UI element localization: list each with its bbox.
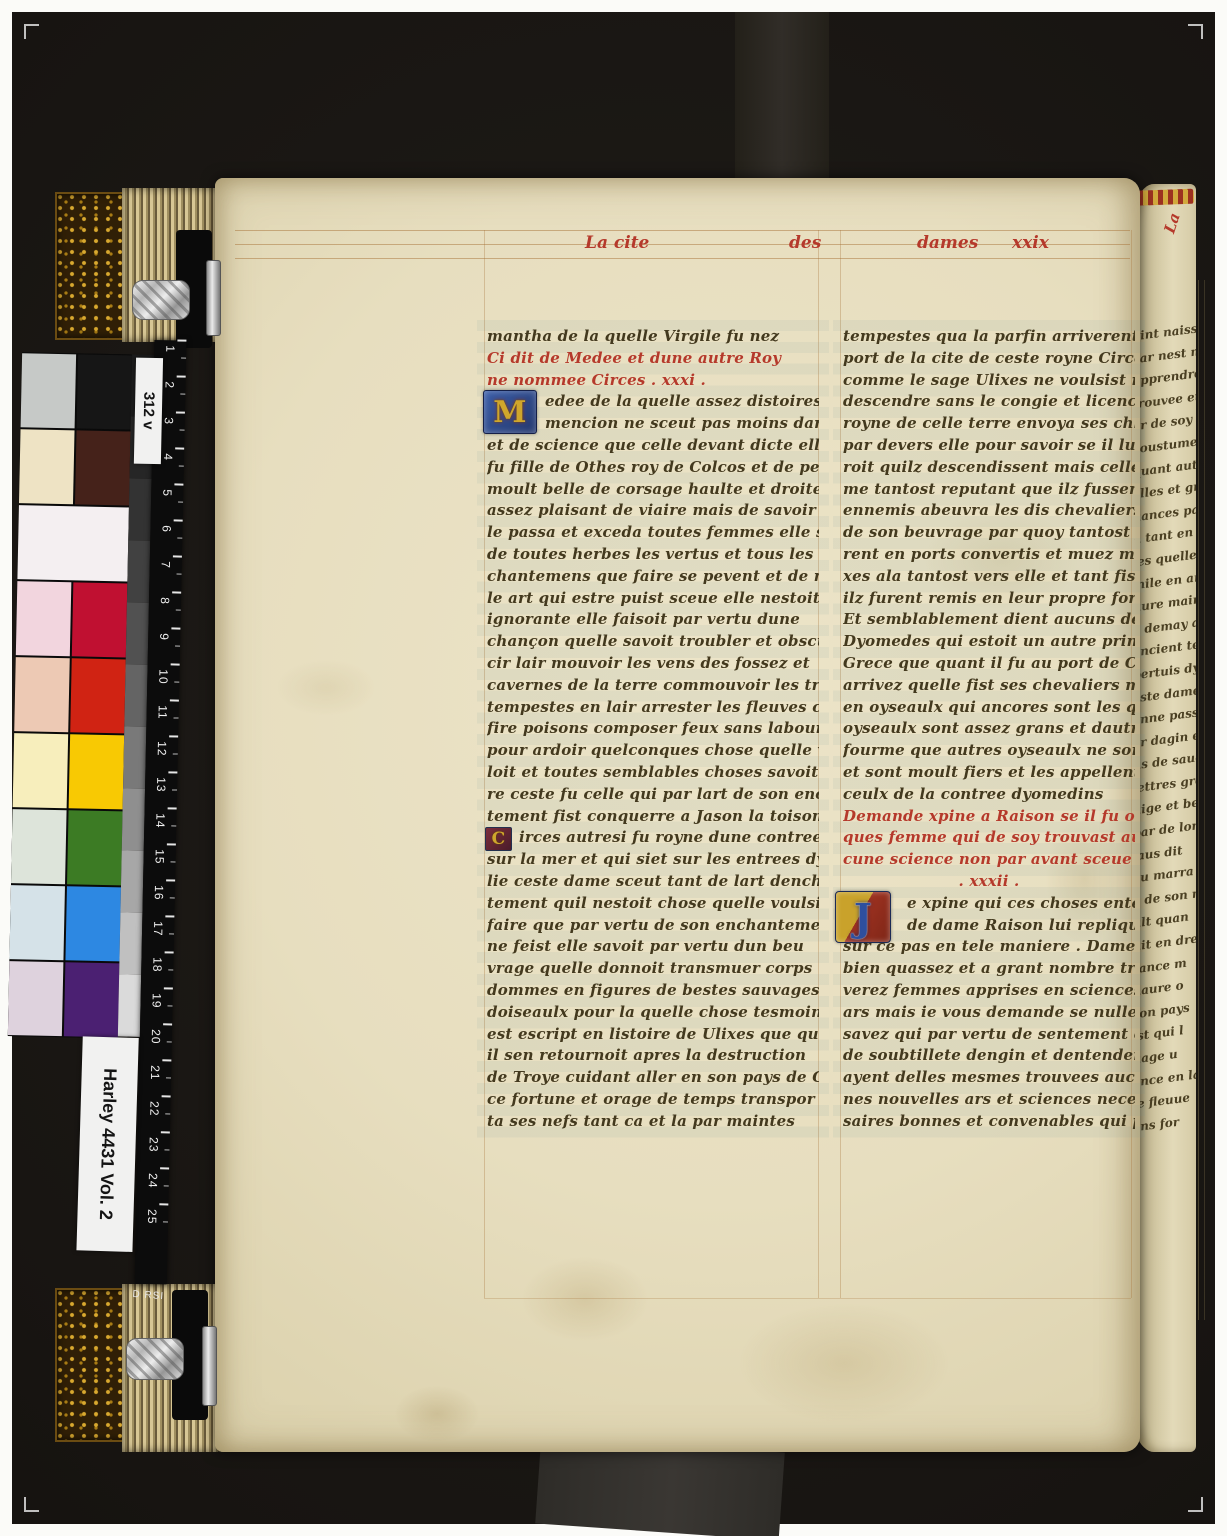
ruler-tick xyxy=(161,1131,170,1133)
ruling-line xyxy=(235,244,1130,245)
text-column-left: mantha de la quelle Virgile fu nez Ci di… xyxy=(487,326,819,1132)
ruler-cell: 12 xyxy=(145,736,178,773)
color-chart-row xyxy=(14,656,126,734)
registration-mark xyxy=(24,1497,39,1512)
ruler-number: 15 xyxy=(152,849,166,865)
ruler-cell: 13 xyxy=(145,772,178,809)
color-patch xyxy=(14,657,70,732)
recto-running-header: La xyxy=(1160,211,1183,236)
ruler-cell: 25 xyxy=(136,1204,169,1241)
ruler-tick xyxy=(164,987,173,989)
text-line: oyseaulx sont assez grans et dautre xyxy=(843,718,1135,740)
ruler-minor-tick xyxy=(171,861,176,862)
ruler-tick xyxy=(169,735,178,737)
ruler-number: 23 xyxy=(146,1137,160,1153)
ruler-cell: 8 xyxy=(148,592,181,629)
color-chart-row xyxy=(19,428,131,506)
ruler-number: 4 xyxy=(161,453,175,461)
text-line: de toutes herbes les vertus et tous les … xyxy=(487,544,819,566)
text-line: ilz furent remis en leur propre forme xyxy=(843,588,1135,610)
color-chart-row xyxy=(17,504,129,582)
fabric-strap-top xyxy=(735,12,829,184)
color-chart-row xyxy=(9,884,121,962)
text-line: chançon quelle savoit troubler et obscur xyxy=(487,631,819,653)
text-line: fire poisons composer feux sans labour xyxy=(487,718,819,740)
color-patch xyxy=(19,429,75,504)
color-patch xyxy=(77,354,133,429)
initial-letter: J xyxy=(854,895,872,940)
text-line: vrage quelle donnoit transmuer corps xyxy=(487,958,819,980)
registration-mark xyxy=(1188,24,1203,39)
gray-step xyxy=(128,478,151,540)
text-line: royne de celle terre envoya ses chlrs xyxy=(843,413,1135,435)
ruler-number: 8 xyxy=(158,597,172,605)
color-patch xyxy=(72,582,128,657)
ruler-minor-tick xyxy=(180,394,185,395)
ruler-footer-text: D RSI xyxy=(132,1289,164,1302)
running-header-word: des xyxy=(789,233,821,253)
ruler-minor-tick xyxy=(172,789,177,790)
text-line: cune science non par avant sceue xyxy=(843,849,1135,871)
ruler-tick xyxy=(163,1023,172,1025)
text-line: le art qui estre puist sceue elle nestoi… xyxy=(487,588,819,610)
ruler-tick xyxy=(173,555,182,557)
color-patch xyxy=(8,961,64,1036)
ruler-tick xyxy=(166,879,175,881)
gray-step xyxy=(119,912,142,974)
text-line: fu fille de Othes roy de Colcos et de pe… xyxy=(487,457,819,479)
text-line: mantha de la quelle Virgile fu nez xyxy=(487,326,819,348)
ruler-tick xyxy=(175,447,184,449)
text-line: ce fortune et orage de temps transpor xyxy=(487,1089,819,1111)
ruler-minor-tick xyxy=(166,1077,171,1078)
folio-number-text: 312 v xyxy=(140,392,158,430)
ruler-minor-tick xyxy=(174,681,179,682)
text-line: savez qui par vertu de sentement et xyxy=(843,1024,1135,1046)
ruler-number: 2 xyxy=(162,381,176,389)
text-line: il sen retournoit apres la destruction xyxy=(487,1045,819,1067)
text-line: ars mais ie vous demande se nulles en xyxy=(843,1002,1135,1024)
text-line: comme le sage Ulixes ne voulsist mie xyxy=(843,370,1135,392)
text-line: chantemens que faire se pevent et de nul xyxy=(487,566,819,588)
ruler-tick xyxy=(165,915,174,917)
ruler-minor-tick xyxy=(174,717,179,718)
ruler-tick xyxy=(176,411,185,413)
text-line: ennemis abeuvra les dis chevaliers xyxy=(843,500,1135,522)
text-line: . xxxii . xyxy=(843,871,1135,893)
text-line: tempestes en lair arrester les fleuves c… xyxy=(487,697,819,719)
ruler-tick xyxy=(174,483,183,485)
text-line: cir lair mouvoir les vens des fossez et xyxy=(487,653,819,675)
text-line: Dyomedes qui estoit un autre prince de xyxy=(843,631,1135,653)
text-line: verez femmes apprises en sciences et xyxy=(843,980,1135,1002)
ruler-number: 24 xyxy=(146,1173,160,1189)
color-patch xyxy=(17,505,129,581)
ruler-number: 20 xyxy=(149,1029,163,1045)
color-patch xyxy=(11,809,67,884)
color-patch xyxy=(64,962,120,1037)
text-line: saires bonnes et convenables qui par xyxy=(843,1111,1135,1133)
shelfmark-text: Harley 4431 Vol. 2 xyxy=(95,1068,120,1220)
ruler-number: 6 xyxy=(159,525,173,533)
text-line: en oyseaulx qui ancores sont les quielx xyxy=(843,697,1135,719)
ruler-minor-tick xyxy=(175,645,180,646)
text-line: assez plaisant de viaire mais de savoir … xyxy=(487,500,819,522)
ruler-minor-tick xyxy=(164,1185,169,1186)
text-line: nes nouvelles ars et sciences neces xyxy=(843,1089,1135,1111)
ruler-number: 16 xyxy=(152,885,166,901)
color-chart-row xyxy=(8,960,120,1038)
initial-letter: C xyxy=(492,829,506,849)
text-line: pour ardoir quelconques chose quelle vou xyxy=(487,740,819,762)
color-patch xyxy=(75,430,131,505)
text-line: lie ceste dame sceut tant de lart dencha… xyxy=(487,871,819,893)
color-calibration-chart xyxy=(8,352,132,1038)
ruling-line xyxy=(484,1298,1131,1299)
color-patch xyxy=(67,810,123,885)
ruler-cell: 23 xyxy=(137,1132,170,1169)
ruler-minor-tick xyxy=(173,753,178,754)
text-line: doiseaulx pour la quelle chose tesmoing xyxy=(487,1002,819,1024)
text-line: ignorante elle faisoit par vertu dune xyxy=(487,609,819,631)
ruler-number: 3 xyxy=(162,417,176,425)
ruler-tick xyxy=(165,951,174,953)
text-line: bien quassez et a grant nombre trou xyxy=(843,958,1135,980)
ruler-minor-tick xyxy=(167,1041,172,1042)
text-line: Et semblablement dient aucuns de xyxy=(843,609,1135,631)
illuminated-initial-c: C xyxy=(485,827,512,851)
text-line: Demande xpine a Raison se il fu on xyxy=(843,806,1135,828)
text-line: ques femme qui de soy trouvast au xyxy=(843,827,1135,849)
gray-step xyxy=(120,850,143,912)
color-patch xyxy=(21,353,77,428)
ruler-cell: 20 xyxy=(139,1024,172,1061)
text-line: re ceste fu celle qui par lart de son en… xyxy=(487,784,819,806)
text-line: par devers elle pour savoir se il lui pl… xyxy=(843,435,1135,457)
text-line: me tantost reputant que ilz fussent ses xyxy=(843,479,1135,501)
ruler-cell: 9 xyxy=(148,628,181,665)
ruler-tick xyxy=(162,1059,171,1061)
ruler-number: 14 xyxy=(153,813,167,829)
color-chart-row xyxy=(16,580,128,658)
photo-frame: La aint naissent es car nest mie si g ap… xyxy=(0,0,1227,1536)
text-line: dommes en figures de bestes sauvages et xyxy=(487,980,819,1002)
ruler-tick xyxy=(177,375,186,377)
running-header-word: dames xyxy=(917,233,978,253)
ruler-number: 18 xyxy=(150,957,164,973)
text-line: ayent delles mesmes trouvees aucu xyxy=(843,1067,1135,1089)
text-line: et de science que celle devant dicte ell… xyxy=(487,435,819,457)
text-line: est escript en listoire de Ulixes que qu… xyxy=(487,1024,819,1046)
ruler-tick xyxy=(168,771,177,773)
ruler-minor-tick xyxy=(168,969,173,970)
ruler-cell: 16 xyxy=(142,880,175,917)
text-line: ne nommee Circes . xxxi . xyxy=(487,370,819,392)
ruler-number: 17 xyxy=(151,921,165,937)
text-line: moult belle de corsage haulte et droite … xyxy=(487,479,819,501)
gray-step xyxy=(123,726,146,788)
text-line: tement quil nestoit chose quelle voulsis… xyxy=(487,893,819,915)
color-patch xyxy=(9,885,65,960)
text-lines: tempestes qua la parfin arriverent au po… xyxy=(843,326,1135,1132)
text-line: roit quilz descendissent mais celle da xyxy=(843,457,1135,479)
running-header-chapter-number: xxix xyxy=(1012,233,1049,253)
text-line: rent en ports convertis et muez mais Uli xyxy=(843,544,1135,566)
ruler-tick xyxy=(167,843,176,845)
text-line: fourme que autres oyseaulx ne sont xyxy=(843,740,1135,762)
ruler-cell: 10 xyxy=(147,664,180,701)
gray-step xyxy=(126,602,149,664)
ruler-tick xyxy=(172,591,181,593)
ruler-cell: 17 xyxy=(142,916,175,953)
ruler-tick xyxy=(171,663,180,665)
ruler-number: 7 xyxy=(159,561,173,569)
text-line: irces autresi fu royne dune contree xyxy=(487,827,819,849)
ruling-line xyxy=(235,258,1130,259)
gray-step xyxy=(124,664,147,726)
color-patch xyxy=(13,733,69,808)
ruler-number: 11 xyxy=(155,705,169,720)
text-line: ta ses nefs tant ca et la par maintes xyxy=(487,1111,819,1133)
text-lines: mantha de la quelle Virgile fu nez Ci di… xyxy=(487,326,819,1132)
ruler-tick xyxy=(171,627,180,629)
text-line: Ci dit de Medee et dune autre Roy xyxy=(487,348,819,370)
ruler-number: 1 xyxy=(163,345,177,353)
ruler-number: 9 xyxy=(157,633,171,641)
text-line: ceulx de la contree dyomedins xyxy=(843,784,1135,806)
ruler-minor-tick xyxy=(170,897,175,898)
text-line: de Troye cuidant aller en son pays de Gr… xyxy=(487,1067,819,1089)
ruler-number: 10 xyxy=(156,669,170,685)
gray-step xyxy=(118,974,141,1036)
color-patch xyxy=(65,886,121,961)
ruler-minor-tick xyxy=(177,573,182,574)
ruler-minor-tick xyxy=(167,1005,172,1006)
text-line: descendre sans le congie et licence de l… xyxy=(843,391,1135,413)
ruler-number: 13 xyxy=(154,777,168,793)
text-line: tempestes qua la parfin arriverent au xyxy=(843,326,1135,348)
ruler-number: 12 xyxy=(155,741,169,757)
ruler-tick xyxy=(168,807,177,809)
illuminated-initial-j: J xyxy=(835,891,891,943)
text-line: de soubtillete dengin et dentendeme xyxy=(843,1045,1135,1067)
ruler-number: 21 xyxy=(148,1065,162,1081)
text-line: arrivez quelle fist ses chevaliers muer xyxy=(843,675,1135,697)
ruler-minor-tick xyxy=(163,1221,168,1222)
text-line: faire que par vertu de son enchantemet xyxy=(487,915,819,937)
color-patch xyxy=(70,658,126,733)
text-line: port de la cite de ceste royne Circes ma… xyxy=(843,348,1135,370)
ruler-minor-tick xyxy=(169,933,174,934)
ruling-line xyxy=(235,230,1130,231)
color-chart-row xyxy=(13,732,125,810)
color-patch xyxy=(69,734,125,809)
ruler-number: 5 xyxy=(160,489,174,497)
text-line: cavernes de la terre commouvoir les tres xyxy=(487,675,819,697)
ruler-minor-tick xyxy=(179,466,184,467)
gray-step xyxy=(127,540,150,602)
ruler-cell: 14 xyxy=(144,808,177,845)
calibration-assembly: 1 2 3 4 xyxy=(0,0,238,1403)
ruler-tick xyxy=(162,1095,171,1097)
color-chart-row xyxy=(21,352,133,430)
ruler-minor-tick xyxy=(171,825,176,826)
text-column-right: tempestes qua la parfin arriverent au po… xyxy=(843,326,1135,1132)
ruler-minor-tick xyxy=(165,1113,170,1114)
ruler-minor-tick xyxy=(164,1149,169,1150)
text-line: xes ala tantost vers elle et tant fist q xyxy=(843,566,1135,588)
ruler-cell: 24 xyxy=(136,1168,169,1205)
running-header-word: La cite xyxy=(585,233,649,253)
ruler-minor-tick xyxy=(176,609,181,610)
color-chart-row xyxy=(11,808,123,886)
ruler-cell: 6 xyxy=(150,520,183,557)
illuminated-initial-m: M xyxy=(483,390,537,434)
ruler-cell: 19 xyxy=(140,988,173,1025)
ruler-minor-tick xyxy=(177,537,182,538)
text-line: de son beuvrage par quoy tantost fu xyxy=(843,522,1135,544)
text-line: et sont moult fiers et les appellent xyxy=(843,762,1135,784)
initial-letter: M xyxy=(493,395,526,430)
ruler-tick xyxy=(174,519,183,521)
ruler-tick xyxy=(170,699,179,701)
ruler-tick xyxy=(160,1167,169,1169)
ruler-number: 25 xyxy=(145,1209,159,1225)
text-line: ne feist elle savoit par vertu dun beu xyxy=(487,936,819,958)
color-patch xyxy=(16,581,72,656)
ruler-number: 22 xyxy=(147,1101,161,1117)
ruler-cell: 15 xyxy=(143,844,176,881)
ruler-tick xyxy=(159,1203,168,1205)
ruler-cell: 18 xyxy=(141,952,174,989)
ruler-cell: 5 xyxy=(151,484,184,521)
ruler-cell: 11 xyxy=(146,700,179,737)
registration-mark xyxy=(1188,1497,1203,1512)
text-line: Grece que quant il fu au port de Circes xyxy=(843,653,1135,675)
ruler-tick xyxy=(177,339,186,341)
ruler-cell: 7 xyxy=(149,556,182,593)
ruler-minor-tick xyxy=(181,358,186,359)
text-line: sur la mer et qui siet sur les entrees d… xyxy=(487,849,819,871)
folio-number-label: 312 v xyxy=(134,358,163,465)
ruler-cell: 21 xyxy=(139,1060,172,1097)
ruler-minor-tick xyxy=(178,502,183,503)
shelfmark-label: Harley 4431 Vol. 2 xyxy=(76,1036,138,1252)
text-line: tement fist conquerre a Jason la toison … xyxy=(487,806,819,828)
text-line: le passa et exceda toutes femmes elle sa… xyxy=(487,522,819,544)
ruler-cell: 22 xyxy=(138,1096,171,1133)
ruler-minor-tick xyxy=(180,430,185,431)
text-line: loit et toutes semblables choses savoit … xyxy=(487,762,819,784)
gray-step xyxy=(122,788,145,850)
ruler-number: 19 xyxy=(149,993,163,1009)
page-edge-shadow-lines xyxy=(1196,280,1210,1320)
